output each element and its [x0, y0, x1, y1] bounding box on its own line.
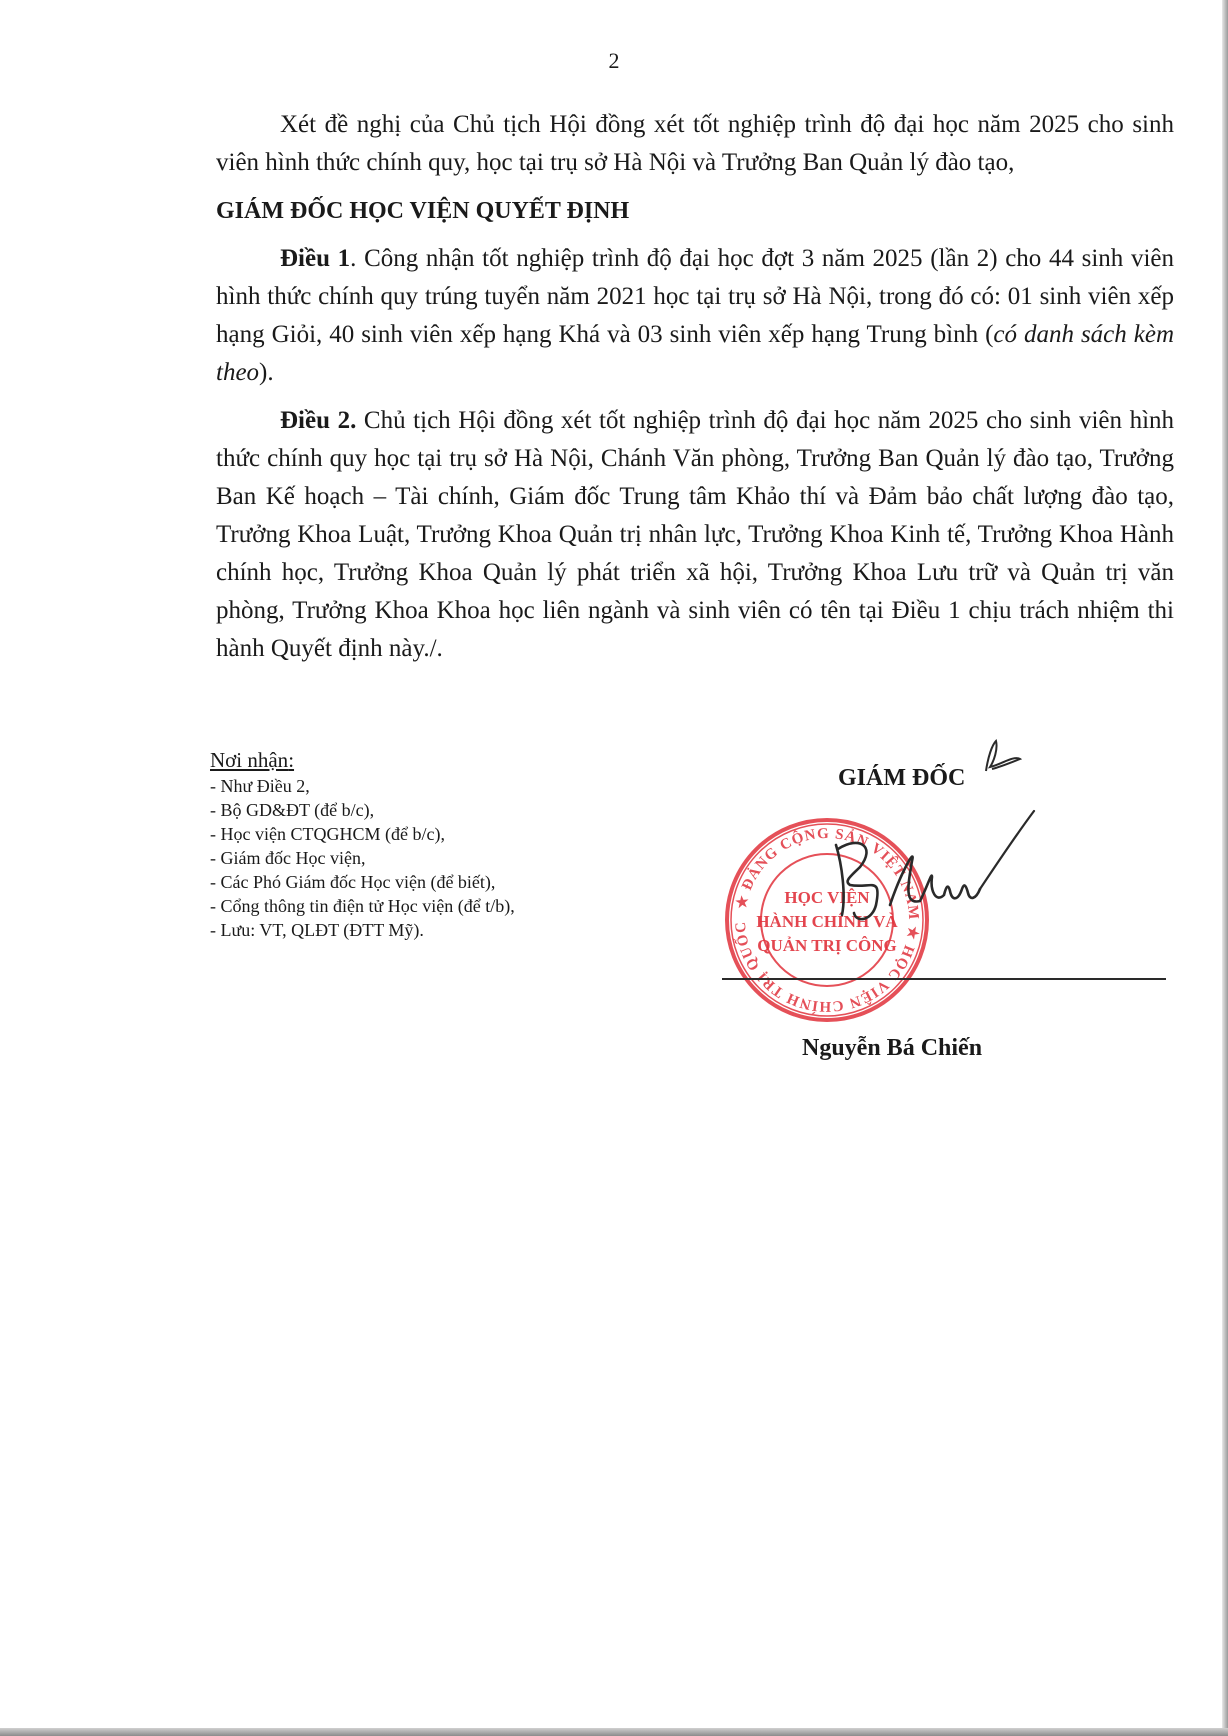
recipient-item: - Như Điều 2,	[210, 774, 515, 798]
recipients-title-colon: :	[288, 748, 294, 772]
initial-mark-icon	[980, 737, 1030, 777]
article-1: Điều 1. Công nhận tốt nghiệp trình độ đạ…	[216, 240, 1174, 392]
page-number: 2	[0, 48, 1228, 74]
recipient-item: - Cổng thông tin điện tử Học viện (để t/…	[210, 894, 515, 918]
article-1-text-end: ).	[259, 359, 274, 386]
scan-edge-bottom	[0, 1728, 1228, 1736]
signer-title: GIÁM ĐỐC	[838, 765, 965, 792]
recipients-title: Nơi nhận:	[210, 748, 515, 772]
recipients-title-text: Nơi nhận	[210, 748, 288, 772]
handwritten-signature-icon	[820, 805, 1060, 945]
recipient-item: - Học viện CTQGHCM (để b/c),	[210, 822, 515, 846]
article-2-text: Chủ tịch Hội đồng xét tốt nghiệp trình đ…	[216, 407, 1174, 662]
article-1-label: Điều 1	[280, 245, 350, 272]
article-2-label: Điều 2.	[280, 407, 356, 434]
preamble-paragraph: Xét đề nghị của Chủ tịch Hội đồng xét tố…	[216, 106, 1174, 182]
document-body: Xét đề nghị của Chủ tịch Hội đồng xét tố…	[216, 106, 1174, 678]
recipient-item: - Lưu: VT, QLĐT (ĐTT Mỹ).	[210, 918, 515, 942]
signer-name: Nguyễn Bá Chiến	[802, 1035, 982, 1062]
signature-underline	[722, 977, 1166, 981]
article-2: Điều 2. Chủ tịch Hội đồng xét tốt nghiệp…	[216, 402, 1174, 668]
decision-heading: GIÁM ĐỐC HỌC VIỆN QUYẾT ĐỊNH	[216, 192, 1174, 230]
recipient-item: - Bộ GD&ĐT (để b/c),	[210, 798, 515, 822]
scan-edge-right	[1222, 0, 1228, 1736]
recipient-item: - Các Phó Giám đốc Học viện (để biết),	[210, 870, 515, 894]
recipients-block: Nơi nhận: - Như Điều 2, - Bộ GD&ĐT (để b…	[210, 748, 515, 942]
recipient-item: - Giám đốc Học viện,	[210, 846, 515, 870]
signature-block: GIÁM ĐỐC ★ ĐẢNG CỘNG SẢN VIỆT NAM ★ HỌC …	[700, 755, 1180, 1085]
